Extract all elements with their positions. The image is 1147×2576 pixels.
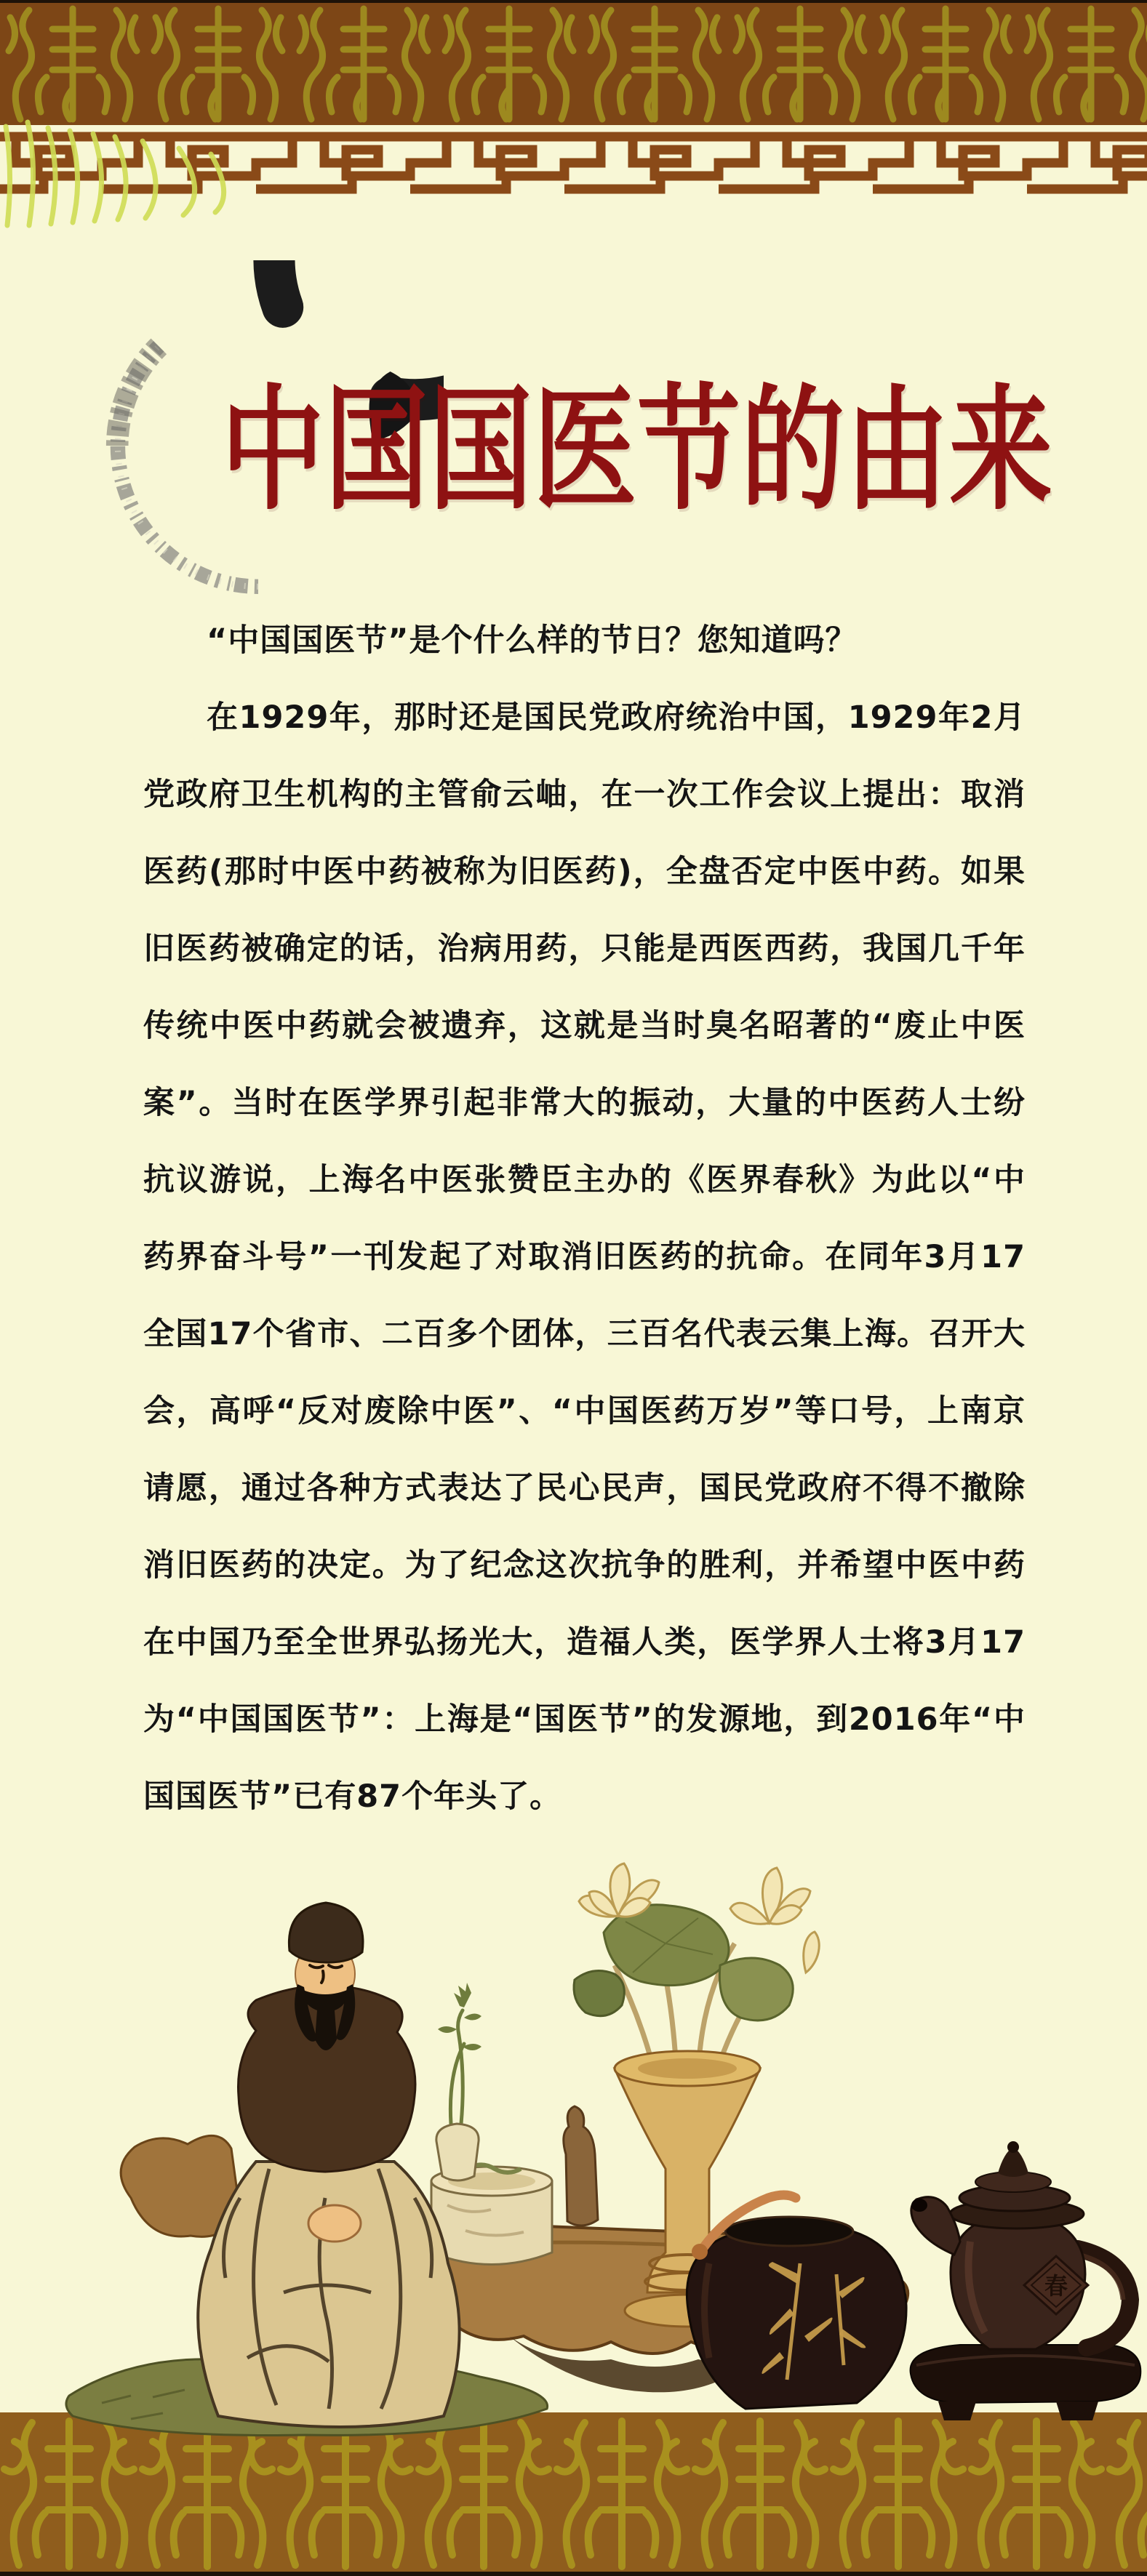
body-line: 国国医节”已有87个年头了。	[143, 1758, 1026, 1835]
lotus-flowers-illustration	[574, 1863, 819, 2021]
teapot-seal-character: 春	[1044, 2272, 1068, 2300]
body-line: 传统中医中药就会被遗弃，这就是当时臭名昭著的“废止中医	[143, 987, 1026, 1064]
tea-jar-illustration	[687, 2195, 906, 2409]
body-line: 全国17个省市、二百多个团体，三百名代表云集上海。召开大	[143, 1296, 1026, 1373]
bottom-edge-line	[0, 2572, 1147, 2576]
body-line: 党政府卫生机构的主管俞云岫，在一次工作会议上提出：取消旧	[143, 756, 1026, 833]
body-line: 旧医药被确定的话，治病用药，只能是西医西药，我国几千年的	[143, 910, 1026, 987]
illustration: 春	[0, 1856, 1147, 2576]
teapot-illustration: 春	[911, 2141, 1141, 2420]
body-line: 消旧医药的决定。为了纪念这次抗争的胜利，并希望中医中药能	[143, 1527, 1026, 1604]
body-line: 医药(那时中医中药被称为旧医药)，全盘否定中医中药。如果取消	[143, 833, 1026, 910]
body-line: 在中国乃至全世界弘扬光大，造福人类，医学界人士将3月17日定	[143, 1604, 1026, 1681]
grass-decoration	[0, 102, 240, 233]
body-line: 为“中国国医节”：上海是“国医节”的发源地，到2016年“中	[143, 1681, 1026, 1758]
poster-title: 中国国医节的由来	[221, 384, 1079, 518]
physician-illustration	[198, 1903, 459, 2427]
statue-illustration	[564, 2106, 598, 2226]
body-text: “中国国医节”是个什么样的节日？您知道吗？在1929年，那时还是国民党政府统治中…	[143, 602, 1026, 1835]
herb-cup-illustration	[436, 1983, 481, 2180]
body-line: 在1929年，那时还是国民党政府统治中国，1929年2月国民	[143, 679, 1026, 756]
body-line: 会，高呼“反对废除中医”、“中国医药万岁”等口号，上南京	[143, 1373, 1026, 1450]
body-line: 抗议游说，上海名中医张赞臣主办的《医界春秋》为此以“中医	[143, 1141, 1026, 1219]
poster-page: 中国国医节的由来 “中国国医节”是个什么样的节日？您知道吗？在1929年，那时还…	[0, 0, 1147, 2576]
body-line: 案”。当时在医学界引起非常大的振动，大量的中医药人士纷纷	[143, 1064, 1026, 1141]
body-line: “中国国医节”是个什么样的节日？您知道吗？	[143, 602, 1026, 679]
body-line: 药界奋斗号”一刊发起了对取消旧医药的抗命。在同年3月17日，	[143, 1219, 1026, 1296]
body-line: 请愿，通过各种方式表达了民心民声，国民党政府不得不撤除取	[143, 1450, 1026, 1527]
